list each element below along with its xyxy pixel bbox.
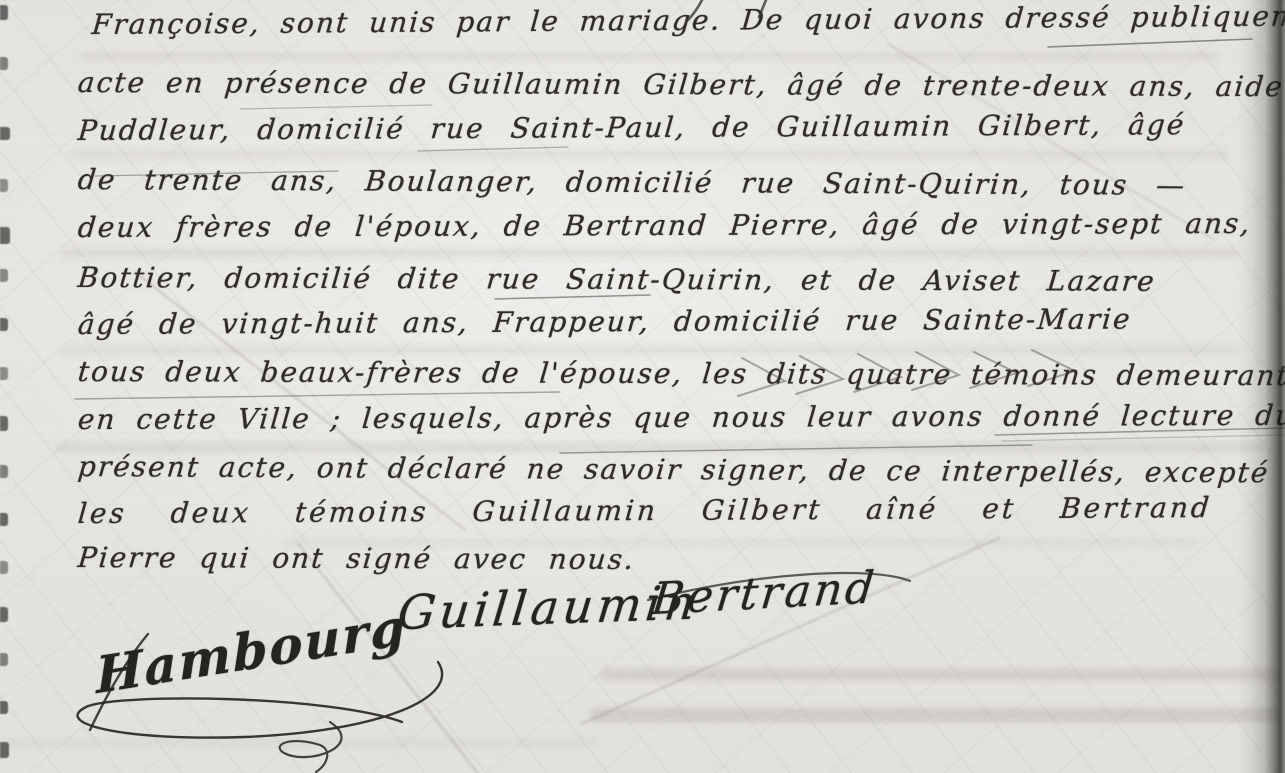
facing-page-ink-mark: [0, 742, 9, 758]
showthrough-band: [70, 150, 1230, 159]
facing-page-ink-mark: [0, 701, 8, 714]
showthrough-band: [590, 708, 1280, 722]
facing-page-ink-mark: [0, 416, 8, 431]
manuscript-line-5: deux frères de l'époux, de Bertrand Pier…: [77, 207, 1253, 245]
manuscript-line-7: âgé de vingt-huit ans, Frappeur, domicil…: [77, 302, 1133, 341]
facing-page-ink-mark: [0, 653, 8, 666]
facing-page-ink-mark: [0, 127, 10, 140]
facing-page-ink-mark: [0, 561, 8, 574]
facing-page-ink-mark: [0, 607, 8, 622]
facing-page-ink-mark: [0, 269, 8, 282]
showthrough-band: [80, 52, 1220, 61]
facing-page-ink-mark: [0, 227, 10, 244]
manuscript-line-2: acte en présence de Guillaumin Gilbert, …: [76, 66, 1285, 104]
facing-page-ink-mark: [0, 465, 8, 478]
scanned-register-page: Françoise, sont unis par le mariage. De …: [0, 0, 1285, 773]
facing-page-ink-mark: [0, 57, 8, 70]
manuscript-line-4: de trente ans, Boulanger, domicilié rue …: [76, 163, 1187, 202]
facing-page-ink-mark: [0, 318, 8, 331]
signature-witness-bertrand: Bertrand: [649, 562, 879, 625]
manuscript-line-1: Françoise, sont unis par le mariage. De …: [91, 0, 1285, 42]
facing-page-ink-mark: [0, 367, 8, 380]
manuscript-line-12: Pierre qui ont signé avec nous.: [76, 541, 636, 577]
manuscript-line-11: les deux témoins Guillaumin Gilbert aîné…: [77, 491, 1214, 531]
facing-page-ink-mark: [0, 5, 8, 20]
manuscript-line-6: Bottier, domicilié dite rue Saint-Quirin…: [76, 261, 1157, 298]
signature-officer-hambourg: Hambourg: [95, 597, 408, 706]
showthrough-band: [60, 248, 1240, 258]
facing-page-ink-mark: [0, 179, 8, 192]
showthrough-band: [60, 345, 1240, 355]
manuscript-line-9: en cette Ville ; lesquels, après que nou…: [77, 399, 1285, 437]
showthrough-band: [600, 668, 1280, 681]
manuscript-line-3: Puddleur, domicilié rue Saint-Paul, de G…: [77, 108, 1187, 147]
manuscript-line-10: présent acte, ont déclaré ne savoir sign…: [76, 450, 1271, 490]
facing-page-ink-mark: [0, 513, 8, 526]
manuscript-line-8: tous deux beaux-frères de l'épouse, les …: [76, 355, 1285, 393]
showthrough-band: [0, 738, 600, 747]
